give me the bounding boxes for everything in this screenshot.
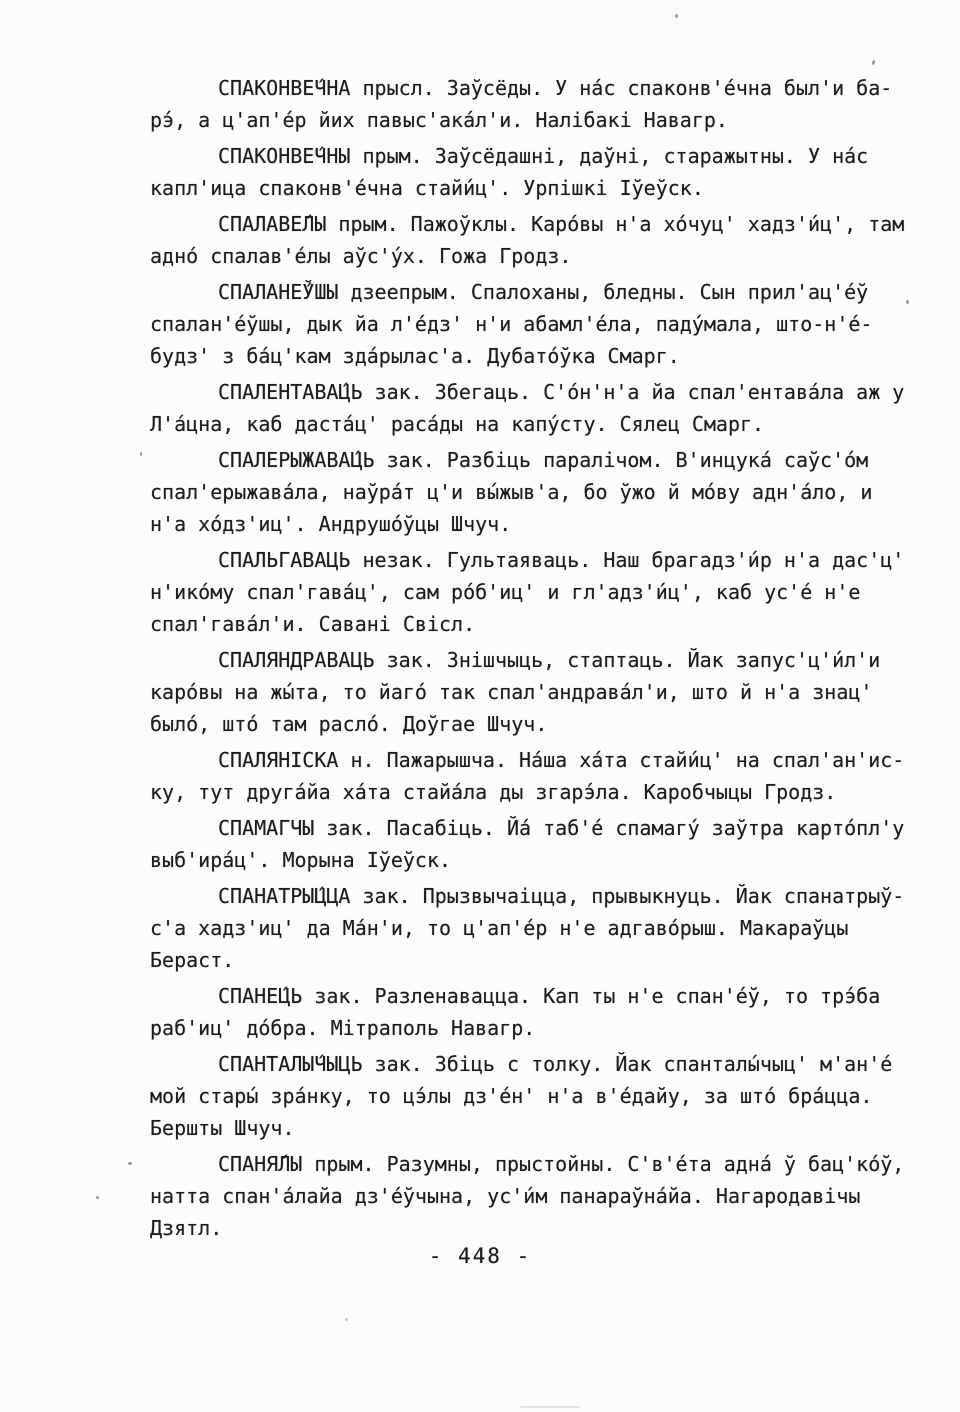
scanned-dictionary-page: СПАКОНВЕ́ЧНА прысл. Заўсёды. У на́с спак… <box>0 0 960 1412</box>
dictionary-entry-3: СПАЛАВЕ́ЛЫ прым. Пажоўклы. Каро́вы н'а х… <box>150 208 926 272</box>
scan-speck <box>906 300 909 304</box>
dictionary-entry-8: СПАЛЯНДРАВАЦЬ зак. Знішчыць, стаптаць. Й… <box>150 644 926 740</box>
dictionary-entry-6: СПАЛЕРЫЖАВА́ЦЬ зак. Разбіць паралічом. В… <box>150 444 926 540</box>
scan-speck <box>345 1318 348 1321</box>
dictionary-entry-13: СПАНТАЛЫ́ЧЫЦЬ зак. Збіць с толку. Йак сп… <box>150 1048 926 1144</box>
scan-speck <box>520 1406 580 1408</box>
dictionary-entry-4: СПАЛАНЕ́ЎШЫ дзеепрым. Спалоханы, бледны.… <box>150 276 926 372</box>
dictionary-entry-14: СПАНЯ́ЛЫ прым. Разумны, прыстойны. С'в'е… <box>150 1148 926 1244</box>
dictionary-entry-2: СПАКОНВЕ́ЧНЫ прым. Заўсёдашні, даўні, ст… <box>150 140 926 204</box>
scan-speck <box>128 1162 132 1165</box>
dictionary-text-block: СПАКОНВЕ́ЧНА прысл. Заўсёды. У на́с спак… <box>150 72 926 1248</box>
dictionary-entry-1: СПАКОНВЕ́ЧНА прысл. Заўсёды. У на́с спак… <box>150 72 926 136</box>
scan-speck <box>140 452 142 456</box>
dictionary-entry-10: СПАМАГЧЫ зак. Пасабіць. Йа́ таб'е́ спама… <box>150 812 926 876</box>
dictionary-entry-5: СПАЛЕНТАВА́ЦЬ зак. Збегаць. С'о́н'н'а йа… <box>150 376 926 440</box>
dictionary-entry-7: СПАЛЬГАВАЦЬ незак. Гультаяваць. Наш браг… <box>150 544 926 640</box>
page-number: - 448 - <box>0 1244 960 1268</box>
scan-speck <box>675 14 678 18</box>
dictionary-entry-9: СПАЛЯНІСКА н. Пажарышча. На́ша ха́та ста… <box>150 744 926 808</box>
scan-speck <box>871 60 876 66</box>
dictionary-entry-12: СПАНЕ́ЦЬ зак. Разленавацца. Кап ты н'е с… <box>150 980 926 1044</box>
scan-speck <box>96 1196 99 1199</box>
dictionary-entry-11: СПАНАТРЫ́ЦЦА зак. Прызвычаіцца, прывыкну… <box>150 880 926 976</box>
